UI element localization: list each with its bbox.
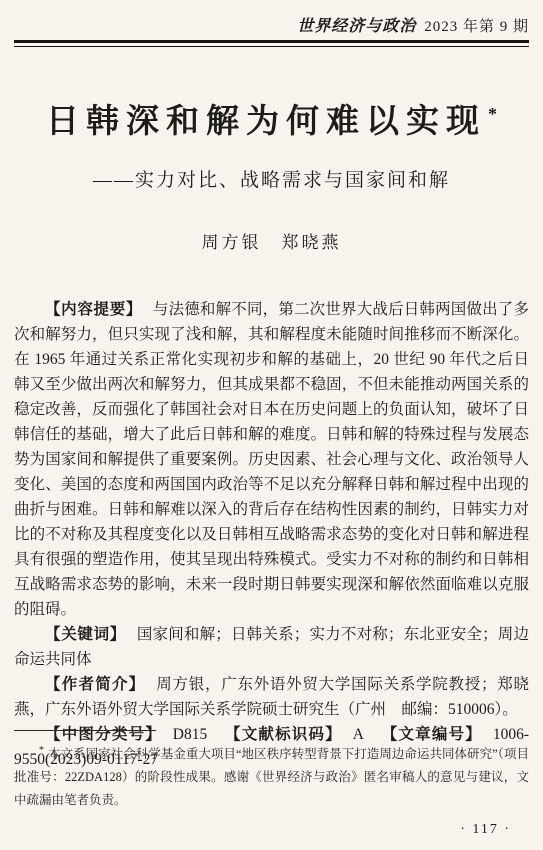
page-header: 世界经济与政治2023 年第 9 期 xyxy=(14,0,529,36)
header-rule-thin xyxy=(14,46,529,47)
article-title-text: 日韩深和解为何难以实现 xyxy=(46,104,486,140)
keywords-label: 【关键词】 xyxy=(45,626,126,643)
journal-issue: 2023 年第 9 期 xyxy=(424,19,529,35)
journal-name: 世界经济与政治 xyxy=(297,18,416,35)
keywords-paragraph: 【关键词】国家间和解；日韩关系；实力不对称；东北亚安全；周边命运共同体 xyxy=(14,622,529,672)
frontmatter-section: 【内容提要】与法德和解不同，第二次世界大战后日韩两国做出了多次和解努力，但只实现… xyxy=(14,297,529,772)
footnote-divider xyxy=(14,730,156,731)
abstract-text: 与法德和解不同，第二次世界大战后日韩两国做出了多次和解努力，但只实现了浅和解，其… xyxy=(14,301,529,618)
abstract-paragraph: 【内容提要】与法德和解不同，第二次世界大战后日韩两国做出了多次和解努力，但只实现… xyxy=(14,297,529,622)
footnote-marker: * xyxy=(39,745,44,756)
footnote-text: 本文系国家社会科学基金重大项目“地区秩序转型背景下打造周边命运共同体研究”（项目… xyxy=(14,747,529,807)
article-subtitle: ——实力对比、战略需求与国家间和解 xyxy=(14,165,529,192)
authors: 周方银 郑晓燕 xyxy=(14,228,529,253)
journal-article-page: 世界经济与政治2023 年第 9 期 日韩深和解为何难以实现* ——实力对比、战… xyxy=(0,0,543,850)
abstract-label: 【内容提要】 xyxy=(45,301,142,318)
article-title: 日韩深和解为何难以实现* xyxy=(14,103,529,143)
page-footer: *本文系国家社会科学基金重大项目“地区秩序转型背景下打造周边命运共同体研究”（项… xyxy=(14,730,529,838)
footnote: *本文系国家社会科学基金重大项目“地区秩序转型背景下打造周边命运共同体研究”（项… xyxy=(14,739,529,812)
title-footnote-marker: * xyxy=(488,104,497,124)
author-bio-paragraph: 【作者简介】周方银，广东外语外贸大学国际关系学院教授；郑晓燕，广东外语外贸大学国… xyxy=(14,672,529,722)
author-bio-label: 【作者简介】 xyxy=(45,676,145,693)
header-rule-thick xyxy=(14,40,529,43)
page-number: · 117 · xyxy=(14,822,529,838)
